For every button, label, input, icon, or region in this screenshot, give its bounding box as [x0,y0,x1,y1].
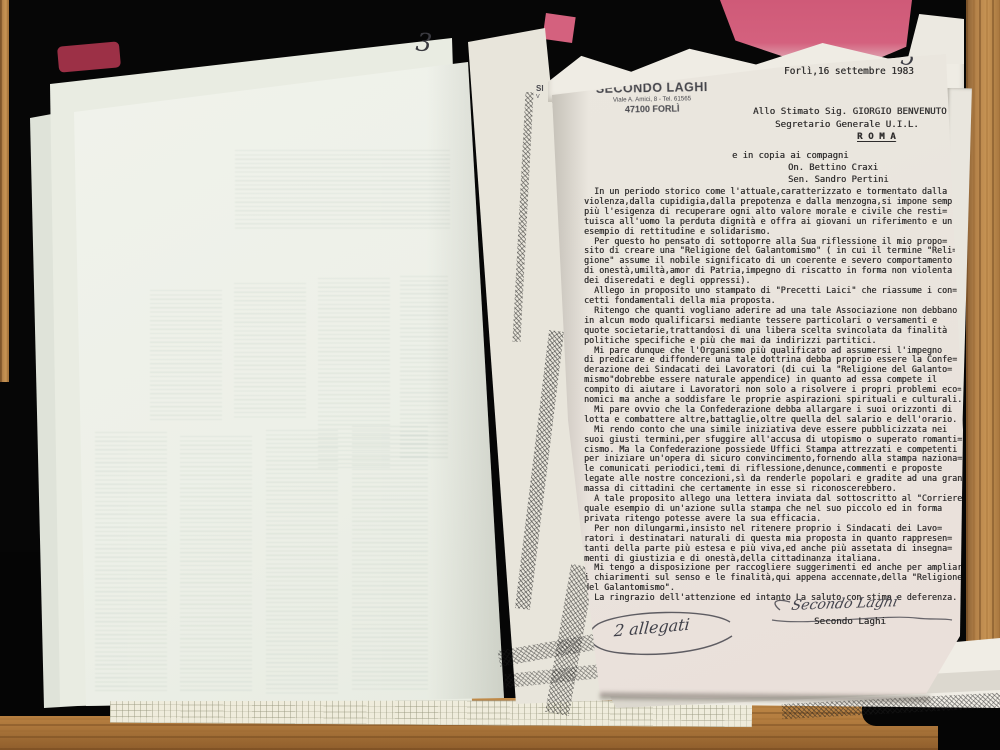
letterhead-city: 47100 FORLÌ [584,103,720,115]
photo-of-letter-on-desk: 3 SI V SECONDO LAGHI Viale A. Amici, 8 -… [0,0,1000,750]
folder-corner-maroon [57,41,121,72]
cc-name: Sen. Sandro Pertini [732,174,889,186]
recipient-city: R O M A [753,131,947,144]
signature-group: Secondo Laghi Secondo Laghi [766,596,956,632]
letter-body: In un periodo storico come l'attuale,car… [584,187,982,603]
recipient-line1: Allo Stimato Sig. GIORGIO BENVENUTO [753,106,947,119]
letter-date: Forlì,16 settembre 1983 [784,66,914,77]
wood-strip-left [0,0,9,382]
cc-intro: e in copia ai compagni [732,150,889,162]
buried-letterhead-fragment: SI V [536,85,554,107]
buried-letterhead-line1: SI [536,85,554,93]
cc-block: e in copia ai compagni On. Bettino Craxi… [732,150,889,187]
attachments-note-group: 2 allegati [580,606,740,662]
typed-signature: Secondo Laghi [814,616,886,627]
page-number-left: 3 [415,27,434,58]
buried-letterhead-line2: V [536,93,554,101]
cc-name: On. Bettino Craxi [732,162,889,174]
letter-body-line: politiche specifiche e più che mai da in… [584,336,982,346]
recipient-block: Allo Stimato Sig. GIORGIO BENVENUTO Segr… [753,106,947,144]
left-page-edge-shading [74,60,504,706]
folder-pink-sliver [542,13,575,43]
recipient-line2: Segretario Generale U.I.L. [753,119,947,132]
